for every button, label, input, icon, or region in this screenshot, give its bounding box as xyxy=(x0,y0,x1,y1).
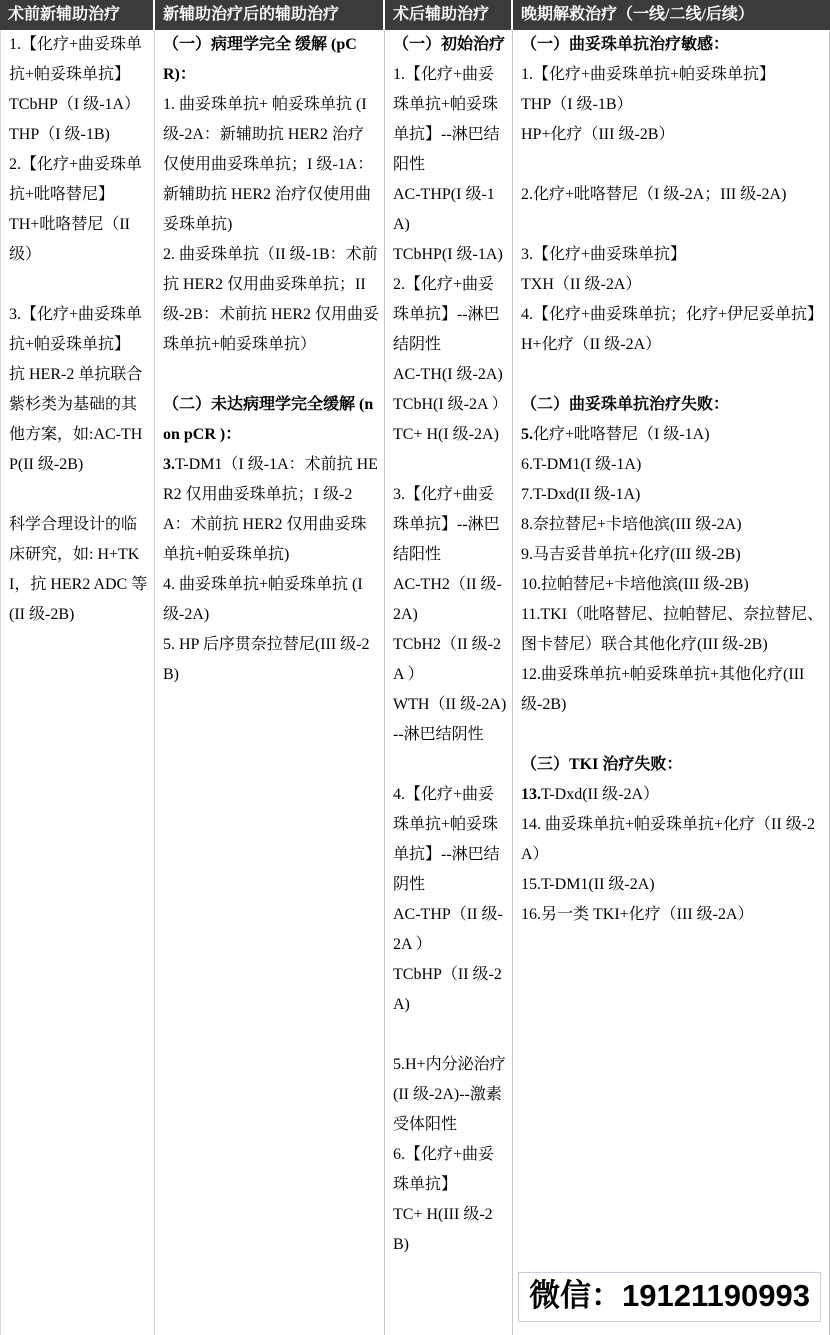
regimen-item: AC-TH(I 级-2A) xyxy=(393,360,507,390)
regimen-item: AC-THP（II 级-2A ） xyxy=(393,900,507,960)
section-heading: （二）曲妥珠单抗治疗失败： xyxy=(521,390,824,420)
regimen-item: 4.【化疗+曲妥珠单抗；化疗+伊尼妥单抗】 xyxy=(521,300,824,330)
regimen-item: 1.【化疗+曲妥珠单抗+帕妥珠单抗】 xyxy=(9,30,149,90)
regimen-item: 6.T-DM1(I 级-1A) xyxy=(521,450,824,480)
regimen-item: WTH（II 级-2A)--淋巴结阴性 xyxy=(393,690,507,750)
regimen-item: 13.T-Dxd(II 级-2A） xyxy=(521,780,824,810)
regimen-item: AC-TH2（II 级-2A) xyxy=(393,570,507,630)
regimen-item: 1.【化疗+曲妥珠单抗+帕妥珠单抗】 xyxy=(521,60,824,90)
regimen-item: 10.拉帕替尼+卡培他滨(III 级-2B) xyxy=(521,570,824,600)
section-heading: （一）初始治疗 xyxy=(393,30,507,60)
section-heading: （二）未达病理学完全缓解 (non pCR )： xyxy=(163,390,379,450)
item-number-bold: 13. xyxy=(521,786,541,803)
regimen-item: TCbH(I 级-2A ） xyxy=(393,390,507,420)
column-header: 术后辅助治疗 xyxy=(385,0,513,30)
blank-line xyxy=(163,360,379,390)
regimen-item: 2. 曲妥珠单抗（II 级-1B：术前抗 HER2 仅用曲妥珠单抗；II 级-2… xyxy=(163,240,379,360)
section-heading: （一）病理学完全 缓解 (pCR)： xyxy=(163,30,379,90)
regimen-item: 16.另一类 TKI+化疗（III 级-2A） xyxy=(521,900,824,930)
regimen-item: 5.化疗+吡咯替尼（I 级-1A) xyxy=(521,420,824,450)
regimen-item: 3.T-DM1（I 级-1A：术前抗 HER2 仅用曲妥珠单抗；I 级-2A：术… xyxy=(163,450,379,570)
section-heading: （一）曲妥珠单抗治疗敏感： xyxy=(521,30,824,60)
regimen-item: TCbHP（II 级-2A) xyxy=(393,960,507,1020)
section-heading: （三）TKI 治疗失败： xyxy=(521,750,824,780)
blank-line xyxy=(9,480,149,510)
regimen-item: 8.奈拉替尼+卡培他滨(III 级-2A) xyxy=(521,510,824,540)
regimen-item: 11.TKI（吡咯替尼、拉帕替尼、奈拉替尼、图卡替尼）联合其他化疗(III 级-… xyxy=(521,600,824,660)
regimen-item: TCbHP(I 级-1A) xyxy=(393,240,507,270)
regimen-item: 1. 曲妥珠单抗+ 帕妥珠单抗 (I 级-2A：新辅助抗 HER2 治疗仅使用曲… xyxy=(163,90,379,240)
regimen-item: TC+ H(III 级-2B) xyxy=(393,1200,507,1260)
item-number-bold: 5. xyxy=(521,426,533,443)
treatment-table: 术前新辅助治疗1.【化疗+曲妥珠单抗+帕妥珠单抗】TCbHP（I 级-1A）TH… xyxy=(0,0,830,1335)
regimen-item: TH+吡咯替尼（II 级） xyxy=(9,210,149,270)
regimen-item: TXH（II 级-2A） xyxy=(521,270,824,300)
table-column: 术前新辅助治疗1.【化疗+曲妥珠单抗+帕妥珠单抗】TCbHP（I 级-1A）TH… xyxy=(0,0,155,1335)
regimen-item: 14. 曲妥珠单抗+帕妥珠单抗+化疗（II 级-2A） xyxy=(521,810,824,870)
regimen-item: 3.【化疗+曲妥珠单抗】--淋巴结阳性 xyxy=(393,480,507,570)
blank-line xyxy=(393,1020,507,1050)
regimen-item: 2.【化疗+曲妥珠单抗+吡咯替尼】 xyxy=(9,150,149,210)
column-header: 晚期解救治疗（一线/二线/后续） xyxy=(513,0,830,30)
regimen-item: TC+ H(I 级-2A) xyxy=(393,420,507,450)
regimen-item: 12.曲妥珠单抗+帕妥珠单抗+其他化疗(III 级-2B) xyxy=(521,660,824,720)
regimen-item: 7.T-Dxd(II 级-1A) xyxy=(521,480,824,510)
regimen-item: TCbH2（II 级-2A ） xyxy=(393,630,507,690)
regimen-item: 9.马吉妥昔单抗+化疗(III 级-2B) xyxy=(521,540,824,570)
regimen-item: TCbHP（I 级-1A） xyxy=(9,90,149,120)
blank-line xyxy=(521,720,824,750)
regimen-item: 4. 曲妥珠单抗+帕妥珠单抗 (I 级-2A) xyxy=(163,570,379,630)
regimen-item: 5. HP 后序贯奈拉替尼(III 级-2B) xyxy=(163,630,379,690)
column-body: （一）病理学完全 缓解 (pCR)：1. 曲妥珠单抗+ 帕妥珠单抗 (I 级-2… xyxy=(155,30,385,1335)
regimen-item: 科学合理设计的临床研究，如: H+TKI，抗 HER2 ADC 等(II 级-2… xyxy=(9,510,149,630)
regimen-item: THP（I 级-1B) xyxy=(9,120,149,150)
blank-line xyxy=(393,750,507,780)
regimen-item: 15.T-DM1(II 级-2A) xyxy=(521,870,824,900)
blank-line xyxy=(9,270,149,300)
regimen-item: H+化疗（II 级-2A） xyxy=(521,330,824,360)
column-header: 新辅助治疗后的辅助治疗 xyxy=(155,0,385,30)
regimen-item: 6.【化疗+曲妥珠单抗】 xyxy=(393,1140,507,1200)
regimen-item: 抗 HER-2 单抗联合紫杉类为基础的其他方案，如:AC-THP(II 级-2B… xyxy=(9,360,149,480)
column-body: （一）初始治疗1.【化疗+曲妥珠单抗+帕妥珠单抗】--淋巴结阳性AC-THP(I… xyxy=(385,30,513,1335)
regimen-item: AC-THP(I 级-1A) xyxy=(393,180,507,240)
blank-line xyxy=(521,210,824,240)
regimen-item: 3.【化疗+曲妥珠单抗】 xyxy=(521,240,824,270)
regimen-item: 1.【化疗+曲妥珠单抗+帕妥珠单抗】--淋巴结阳性 xyxy=(393,60,507,180)
regimen-item: 2.化疗+吡咯替尼（I 级-2A；III 级-2A) xyxy=(521,180,824,210)
item-number-bold: 3. xyxy=(163,456,175,473)
regimen-item: 2.【化疗+曲妥珠单抗】--淋巴结阴性 xyxy=(393,270,507,360)
column-body: （一）曲妥珠单抗治疗敏感：1.【化疗+曲妥珠单抗+帕妥珠单抗】THP（I 级-1… xyxy=(513,30,830,1335)
regimen-item: THP（I 级-1B） xyxy=(521,90,824,120)
column-body: 1.【化疗+曲妥珠单抗+帕妥珠单抗】TCbHP（I 级-1A）THP（I 级-1… xyxy=(0,30,155,1335)
column-header: 术前新辅助治疗 xyxy=(0,0,155,30)
table-column: 术后辅助治疗（一）初始治疗1.【化疗+曲妥珠单抗+帕妥珠单抗】--淋巴结阳性AC… xyxy=(385,0,513,1335)
table-column: 晚期解救治疗（一线/二线/后续）（一）曲妥珠单抗治疗敏感：1.【化疗+曲妥珠单抗… xyxy=(513,0,830,1335)
blank-line xyxy=(393,450,507,480)
regimen-item: 3.【化疗+曲妥珠单抗+帕妥珠单抗】 xyxy=(9,300,149,360)
treatment-guideline-page: 术前新辅助治疗1.【化疗+曲妥珠单抗+帕妥珠单抗】TCbHP（I 级-1A）TH… xyxy=(0,0,830,1335)
regimen-item: 5.H+内分泌治疗(II 级-2A)--激素受体阳性 xyxy=(393,1050,507,1140)
wechat-watermark-text: 微信：19121190993 xyxy=(529,1278,810,1313)
regimen-item: HP+化疗（III 级-2B） xyxy=(521,120,824,150)
blank-line xyxy=(521,150,824,180)
blank-line xyxy=(521,360,824,390)
table-column: 新辅助治疗后的辅助治疗（一）病理学完全 缓解 (pCR)：1. 曲妥珠单抗+ 帕… xyxy=(155,0,385,1335)
regimen-item: 4.【化疗+曲妥珠单抗+帕妥珠单抗】--淋巴结阴性 xyxy=(393,780,507,900)
wechat-watermark: 微信：19121190993 xyxy=(518,1272,821,1322)
